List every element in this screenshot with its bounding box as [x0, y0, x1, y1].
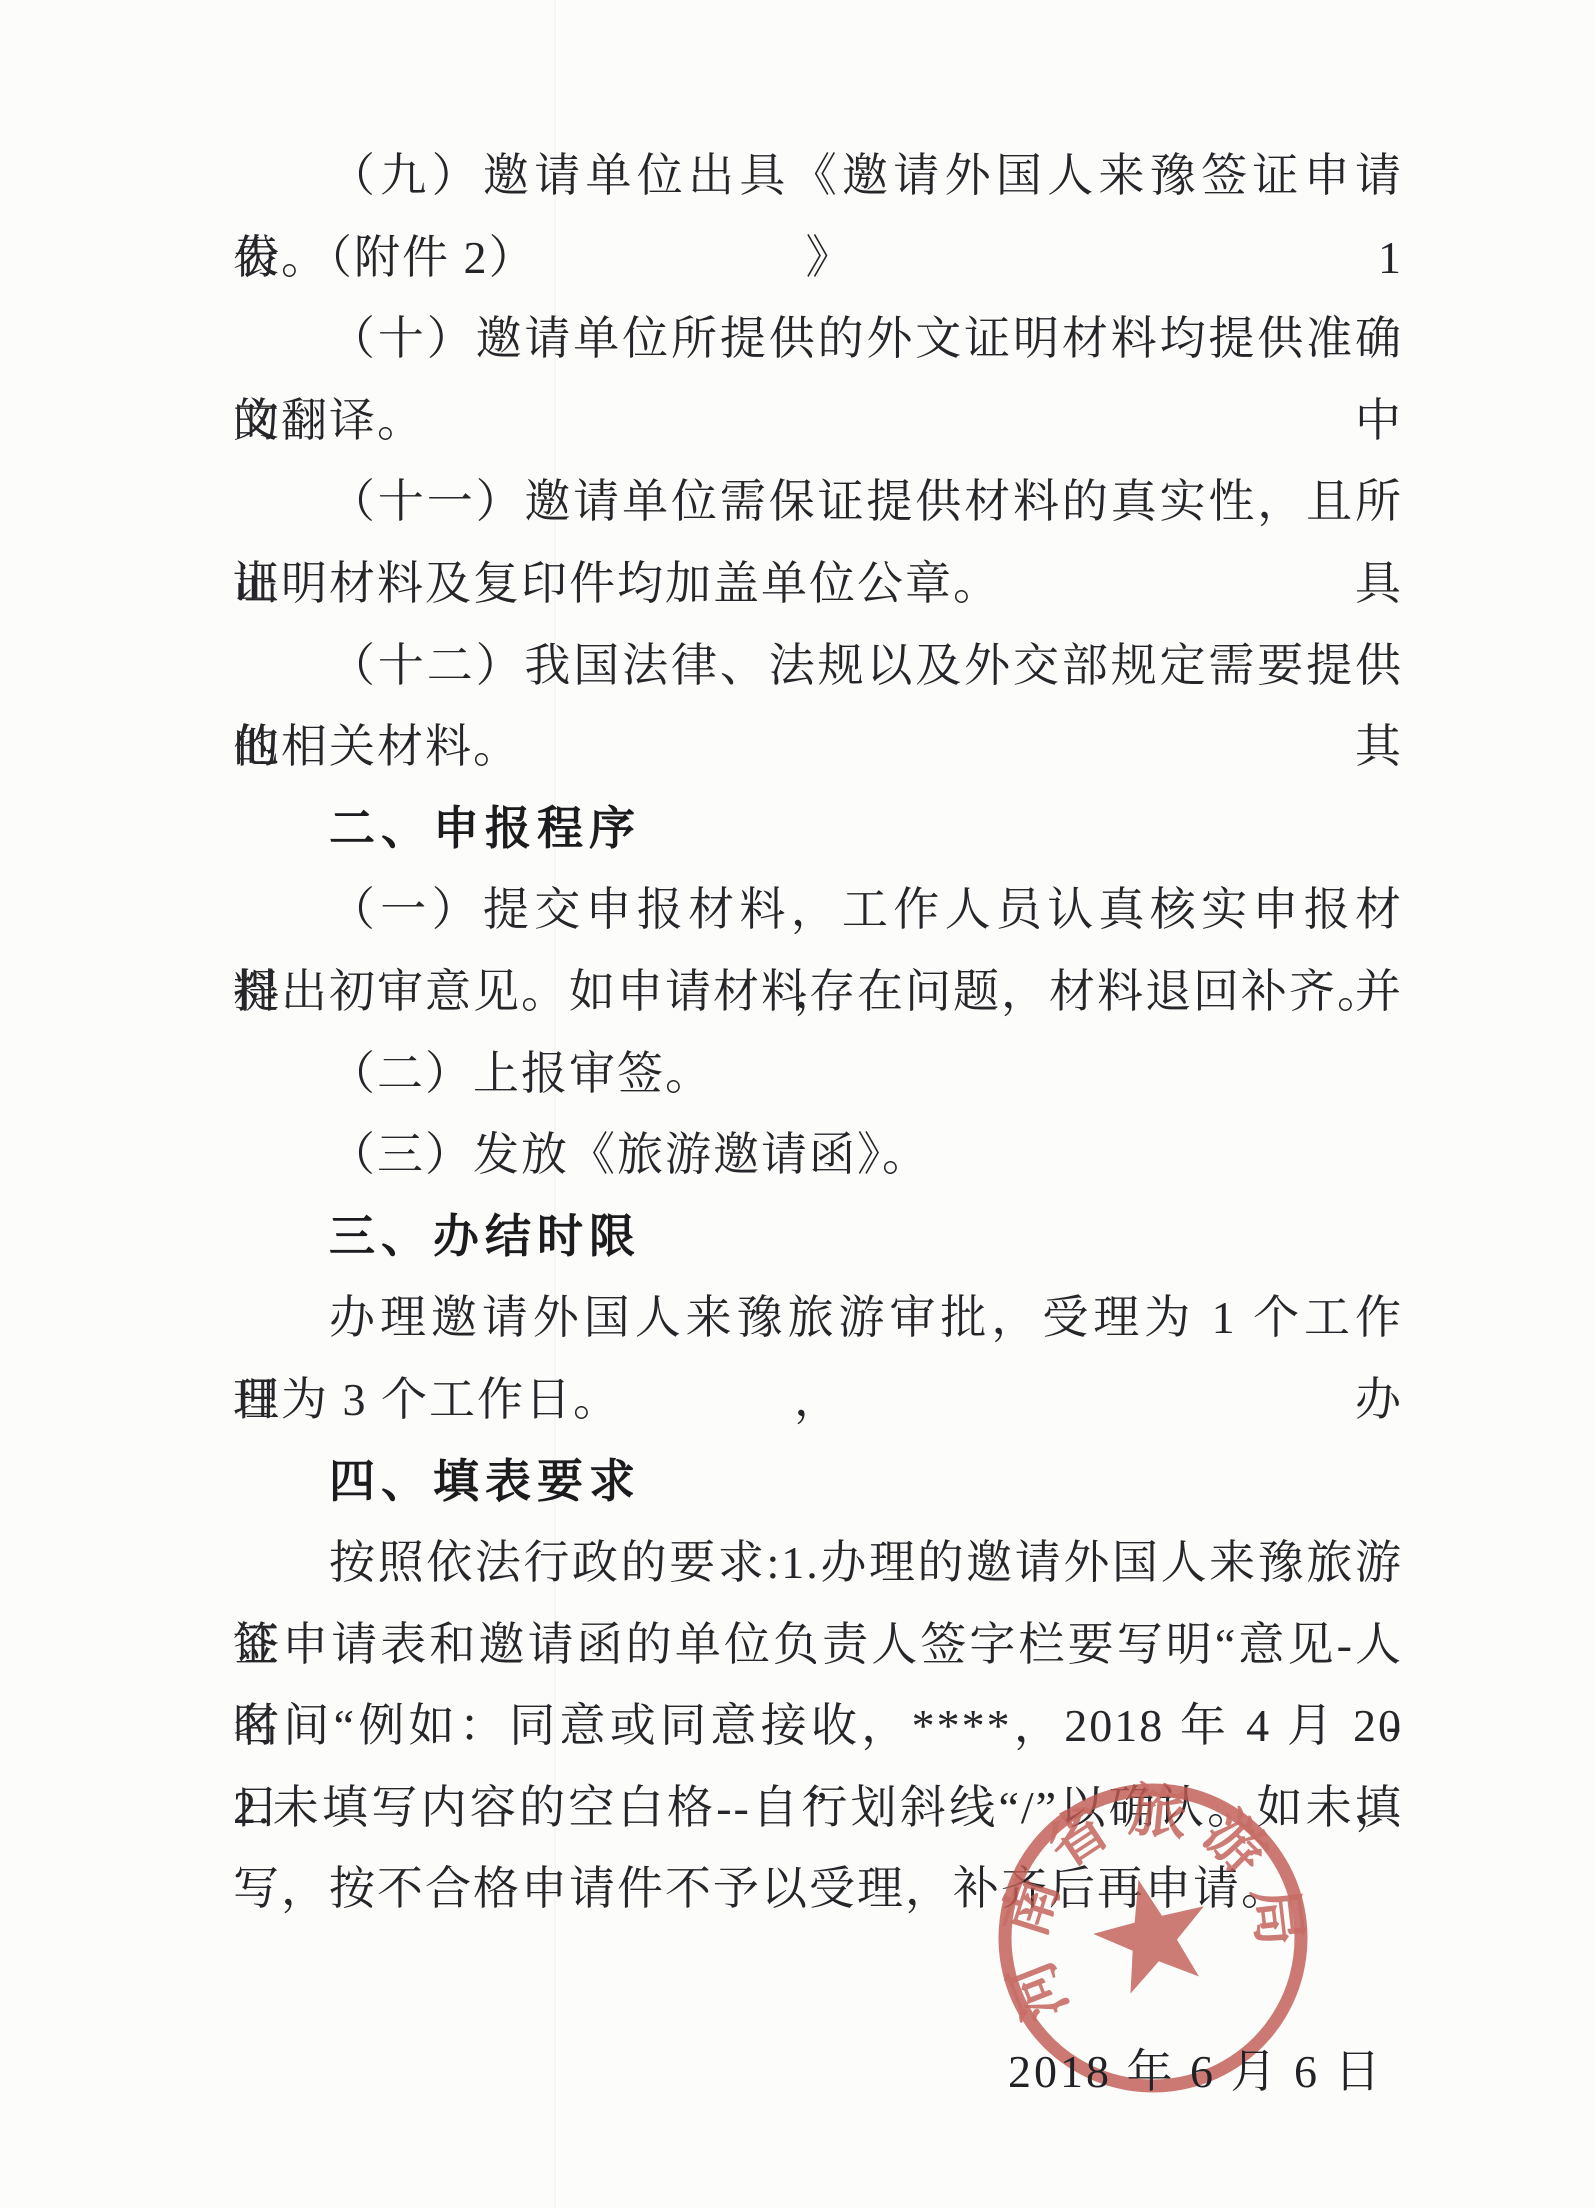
text-line: （十二）我国法律、法规以及外交部规定需要提供的其: [233, 625, 1403, 707]
document-body: （九）邀请单位出具《邀请外国人来豫签证申请表》1 份。（附件 2） （十）邀请单…: [233, 135, 1403, 1930]
text-line: 时间“例如：同意或同意接收，****，2018 年 4 月 20 日”，: [233, 1685, 1403, 1767]
document-date: 2018 年 6 月 6 日: [1008, 2042, 1384, 2102]
text-line: 提出初审意见。如申请材料存在问题，材料退回补齐。: [233, 951, 1403, 1033]
text-line: 办理邀请外国人来豫旅游审批，受理为 1 个工作日，办: [233, 1277, 1403, 1359]
text-line: （十）邀请单位所提供的外文证明材料均提供准确的中: [233, 298, 1403, 380]
section-heading: 二、申报程序: [233, 788, 1403, 870]
text-line: （一）提交申报材料，工作人员认真核实申报材料，并: [233, 869, 1403, 951]
text-line: （十一）邀请单位需保证提供材料的真实性，且所出具: [233, 461, 1403, 543]
text-line: （三）发放《旅游邀请函》。: [233, 1114, 1403, 1196]
text-line: （二）上报审签。: [233, 1033, 1403, 1115]
text-line: 按照依法行政的要求:1.办理的邀请外国人来豫旅游签: [233, 1522, 1403, 1604]
star-icon: [1083, 1866, 1220, 1999]
document-page: （九）邀请单位出具《邀请外国人来豫签证申请表》1 份。（附件 2） （十）邀请单…: [0, 0, 1594, 2208]
text-line: 证申请表和邀请函的单位负责人签字栏要写明“意见-人名-: [233, 1604, 1403, 1686]
section-heading: 四、填表要求: [233, 1441, 1403, 1523]
text-line: （九）邀请单位出具《邀请外国人来豫签证申请表》1: [233, 135, 1403, 217]
section-heading: 三、办结时限: [233, 1196, 1403, 1278]
